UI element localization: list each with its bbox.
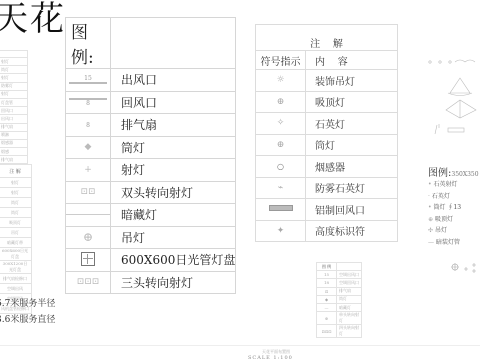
legend-label: 回风口	[111, 91, 236, 114]
notes-row: ☼ 装饰吊灯	[256, 70, 398, 92]
hidden-tube-icon: —	[428, 239, 434, 246]
right-legend-row: •石英射灯	[428, 179, 479, 191]
legend-label: 三头转向射灯	[111, 271, 236, 294]
legend-header: 图例:	[66, 18, 111, 69]
aluminum-return-vent-icon	[269, 205, 293, 211]
legend-label: 600X600日光管灯盘	[111, 249, 236, 272]
notes-row: ○ 烟感器	[256, 156, 398, 178]
mini-cell: 射灯	[0, 58, 28, 66]
small-legend-table: 图 例 15空调出风口 18空调回风口 ⊡排气扇 ◆筒灯 —暗藏灯 ⊕单头转向射…	[316, 262, 362, 338]
notes-row: 铝制回风口	[256, 199, 398, 221]
legend-row: ⊕ 吊灯	[66, 226, 236, 249]
notes-label: 防雾石英灯	[306, 177, 398, 199]
mini-cell: 喷淋	[0, 131, 28, 139]
scale-text: SCALE 1:100	[248, 355, 293, 360]
quartz-light-icon: ·	[428, 193, 430, 200]
bracket-icon	[435, 124, 439, 134]
right-legend-row: —暗装灯管	[428, 237, 479, 249]
legend-label: 射灯	[111, 159, 236, 182]
notes-row: ⊕ 吸顶灯	[256, 91, 398, 113]
mini-cell: 回风口	[0, 107, 28, 115]
mini-cell: 灯盘管	[0, 98, 28, 106]
notes-row: ✧ 石英灯	[256, 113, 398, 135]
legend-label: 排气扇	[111, 114, 236, 137]
right-legend-row: ⊕吸顶灯	[428, 214, 479, 226]
left-notes-table: 注 解 射灯 射灯 筒灯 筒灯 吸顶灯 吊灯 暗藏灯带 600X600日光灯盘 …	[0, 164, 32, 314]
notes-title: 注 解	[256, 35, 398, 51]
legend-row: 600X600日光管灯盘	[66, 249, 236, 272]
fogproof-quartz-light-icon: ⌁	[256, 177, 306, 199]
legend-row: 8 排气扇	[66, 114, 236, 137]
legend-label: 筒灯	[111, 136, 236, 159]
mini-cell: 排气扇检修口	[0, 274, 32, 284]
quartz-spot-icon: •	[428, 181, 432, 188]
notes-row: ✦ 高度标识符	[256, 220, 398, 242]
legend-row: 15 出风口	[66, 69, 236, 92]
service-diameter-text: 3.6米服务直径	[0, 312, 55, 325]
hidden-light-icon	[66, 214, 110, 215]
legend-label: 暗藏灯	[111, 204, 236, 227]
right-legend-header: 图例:	[428, 168, 451, 179]
light-panel-icon	[81, 252, 95, 266]
legend-row: + 射灯	[66, 159, 236, 182]
notes-row: ⌁ 防雾石英灯	[256, 177, 398, 199]
smoke-detector-icon: ○	[256, 156, 306, 178]
fixture-drawings	[420, 48, 480, 138]
col-symbol-header: 符号指示	[256, 51, 306, 70]
mini-cell: 吸顶灯	[0, 218, 32, 228]
legend-label: 双头转向射灯	[111, 181, 236, 204]
service-radius-text: 6.7米服务半径	[0, 296, 55, 309]
page-title: 天花	[0, 0, 66, 42]
legend-row: 8 回风口	[66, 91, 236, 114]
ceiling-light-icon: ⊕	[256, 91, 306, 113]
mini-cell: 射灯	[0, 90, 28, 98]
pendant-icon: ✣	[428, 227, 433, 234]
downlight-icon: ◆	[85, 142, 92, 152]
notes-label: 装饰吊灯	[306, 70, 398, 92]
mini-cell: 筒灯	[0, 208, 32, 218]
notes-table: 注 解 符号指示 内 容 ☼ 装饰吊灯 ⊕ 吸顶灯 ✧ 石英灯 ⊕ 筒灯 ○ 烟…	[255, 24, 398, 242]
legend-row: 暗藏灯	[66, 204, 236, 227]
ceiling-light-icon: ⊕	[428, 216, 433, 223]
legend-row: ⊡⊡ 双头转向射灯	[66, 181, 236, 204]
downlight-icon: ⊕	[256, 134, 306, 156]
mini-cell: 出风口	[0, 115, 28, 123]
mini-cell: 暗藏灯带	[0, 238, 32, 248]
height-marker-icon: ✦	[256, 220, 306, 242]
double-spotlight-icon: ⊡⊡	[80, 187, 95, 197]
small-legend-header: 图 例	[317, 263, 337, 271]
downlight-icon: •	[428, 204, 432, 211]
crosshair-symbols	[450, 255, 480, 277]
mini-cell: 烟感	[0, 148, 28, 156]
mini-cell: 筒灯	[0, 198, 32, 208]
mini-cell: 筒灯	[0, 66, 28, 74]
notes-label: 铝制回风口	[306, 199, 398, 221]
supply-vent-icon	[69, 82, 107, 84]
right-legend-row: ·石英灯	[428, 191, 479, 203]
decorative-chandelier-icon: ☼	[256, 70, 306, 92]
divider	[0, 345, 480, 346]
pendant-light-icon: ⊕	[83, 230, 93, 244]
legend-label: 吊灯	[111, 226, 236, 249]
supply-size-text: 15	[66, 75, 110, 82]
triple-spotlight-icon: ⊡⊡⊡	[77, 277, 100, 287]
spotlight-icon: +	[84, 165, 92, 175]
notes-label: 筒灯	[306, 134, 398, 156]
legend-table: 图例: 15 出风口 8 回风口 8 排气扇 ◆ 筒灯 + 射灯 ⊡⊡ 双头转向…	[65, 17, 236, 294]
pendant-elevation-icon	[450, 78, 470, 93]
legend-row: ◆ 筒灯	[66, 136, 236, 159]
notes-label: 吸顶灯	[306, 91, 398, 113]
right-legend: 图例:350X350 •石英射灯 ·石英灯 •筒灯 ∮13 ⊕吸顶灯 ✣吊灯 —…	[428, 164, 479, 248]
col-content-header: 内 容	[306, 51, 398, 70]
quartz-light-icon: ✧	[256, 113, 306, 135]
return-size-text: 8	[66, 100, 110, 107]
pyramid-icon	[446, 100, 476, 118]
mini-cell: 射灯	[0, 188, 32, 198]
mini-cell: 排气扇	[0, 123, 28, 131]
notes-label: 高度标识符	[306, 220, 398, 242]
notes-label: 石英灯	[306, 113, 398, 135]
mini-cell: 吊灯	[0, 228, 32, 238]
mini-cell: 射灯	[0, 178, 32, 188]
mini-cell: 300X1200日光灯盘	[0, 261, 32, 274]
right-legend-row: •筒灯 ∮13	[428, 202, 479, 214]
legend-label: 出风口	[111, 69, 236, 92]
legend-row: ⊡⊡⊡ 三头转向射灯	[66, 271, 236, 294]
mini-cell: 射灯	[0, 74, 28, 82]
notes-row: ⊕ 筒灯	[256, 134, 398, 156]
mini-title: 注 解	[0, 165, 32, 178]
mini-cell: 空调出风	[0, 284, 32, 294]
right-legend-size: 350X350	[451, 171, 478, 178]
mini-cell: 排气扇	[0, 156, 28, 164]
mini-cell: 防雾灯	[0, 82, 28, 90]
mini-cell: 600X600日光灯盘	[0, 248, 32, 261]
exhaust-fan-icon: 8	[86, 122, 90, 129]
notes-label: 烟感器	[306, 156, 398, 178]
left-mini-table: 射灯 筒灯 射灯 防雾灯 射灯 灯盘管 回风口 出风口 排气扇 喷淋 烟感器 烟…	[0, 50, 28, 164]
mini-cell: 烟感器	[0, 139, 28, 147]
right-legend-row: ✣吊灯	[428, 225, 479, 237]
